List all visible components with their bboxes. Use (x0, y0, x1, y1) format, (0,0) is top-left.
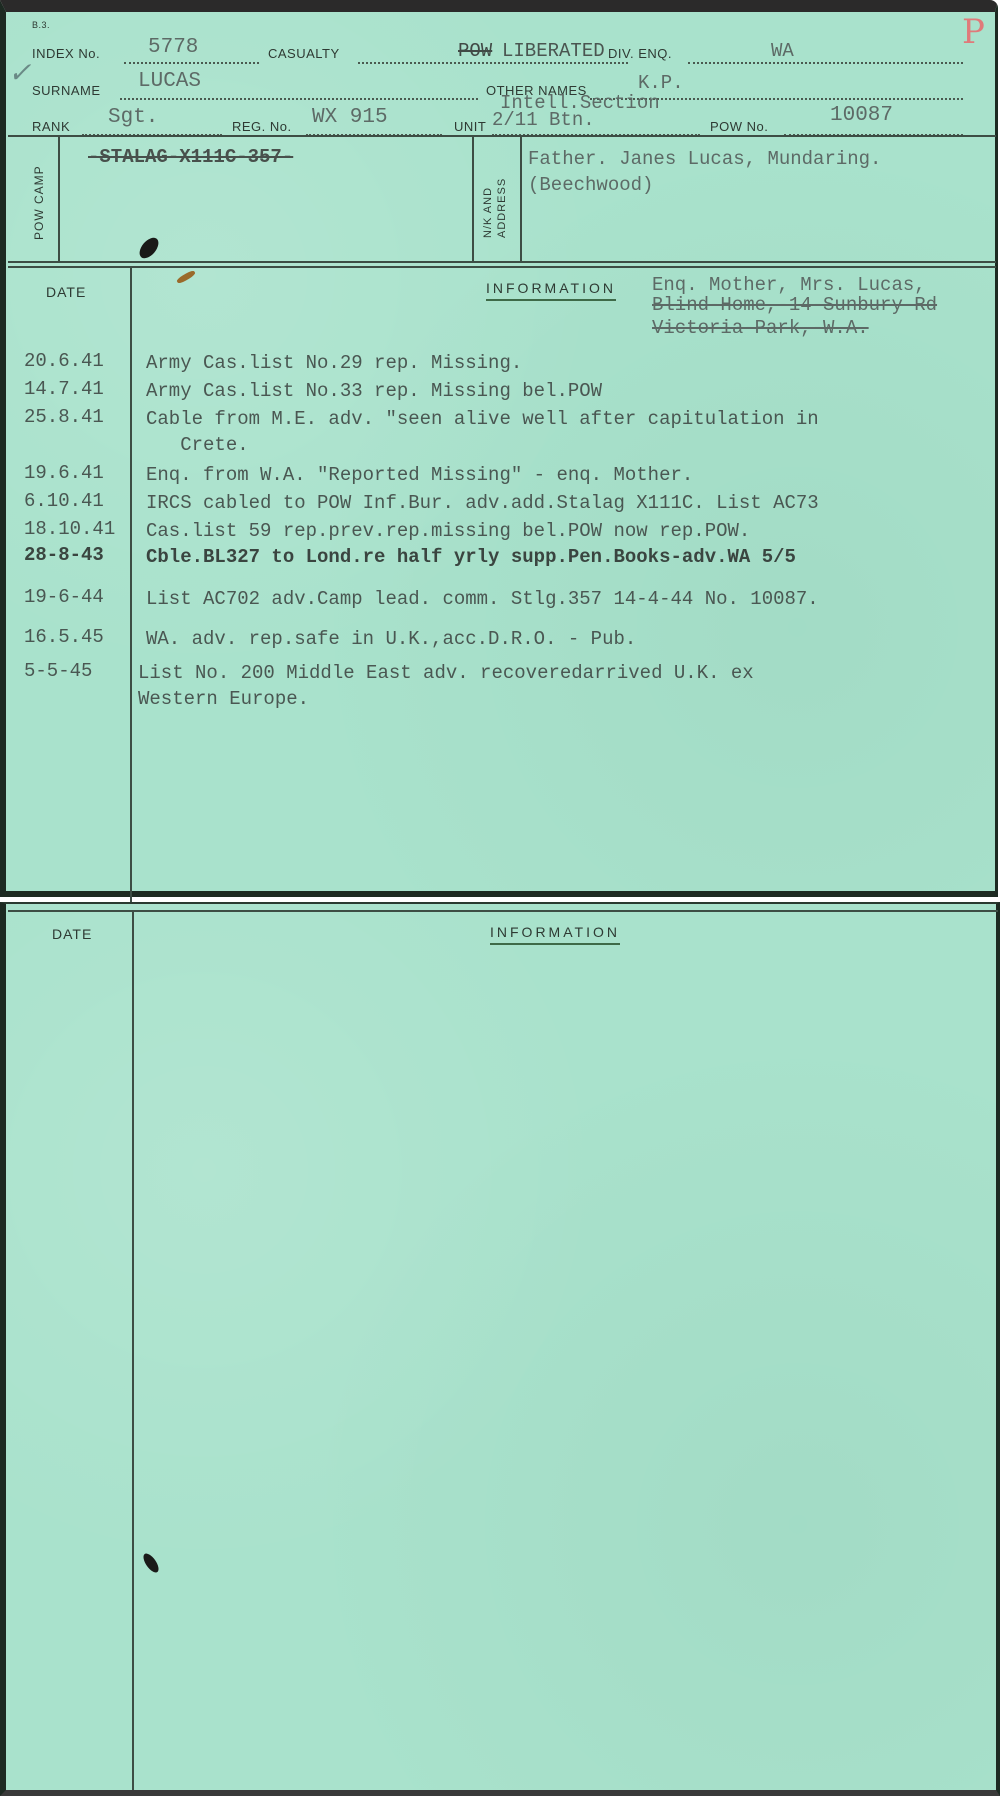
date-column-divider (130, 268, 132, 904)
red-p-mark: P (962, 12, 985, 52)
enquiry-line3-struck: Victoria-Park,-W.A. (652, 317, 869, 339)
back-ink-blot (141, 1551, 162, 1575)
pow-camp-struck-value: -STALAG-X111C-357- (88, 146, 293, 168)
entry-date: 18.10.41 (24, 518, 115, 540)
casualty-dots (358, 62, 628, 64)
entry-information: Cas.list 59 rep.prev.rep.missing bel.POW… (146, 518, 750, 544)
surname-dots (120, 98, 478, 100)
entry-information: Cable from M.E. adv. "seen alive well af… (146, 406, 819, 458)
divider-nk-label-left (472, 135, 474, 261)
nk-address-line1: Father. Janes Lucas, Mundaring. (528, 148, 881, 170)
enquiry-line1: Enq. Mother, Mrs. Lucas, (652, 274, 926, 296)
index-no-value: 5778 (148, 36, 198, 59)
entry-information: Cble.BL327 to Lond.re half yrly supp.Pen… (146, 544, 796, 570)
div-enq-dots (688, 62, 963, 64)
entry-date: 5-5-45 (24, 660, 92, 682)
casualty-value: LIBERATED (502, 40, 605, 62)
divider-nk-label-right (520, 135, 522, 261)
index-card-front: B.3. INDEX No. 5778 CASUALTY POW LIBERAT… (0, 0, 998, 897)
ink-blot (136, 234, 162, 261)
divider-top (8, 135, 996, 137)
back-top-rule (8, 910, 998, 912)
entry-date: 16.5.45 (24, 626, 104, 648)
other-names-value: K.P. (638, 72, 684, 94)
pow-camp-label: POW CAMP (32, 165, 46, 240)
casualty-struck-value: POW (458, 40, 492, 62)
rust-stain (176, 269, 196, 284)
entry-date: 20.6.41 (24, 350, 104, 372)
entry-information: List AC702 adv.Camp lead. comm. Stlg.357… (146, 586, 819, 612)
entry-information: List No. 200 Middle East adv. recovereda… (138, 660, 754, 712)
date-column-header: DATE (46, 284, 86, 300)
entry-information: IRCS cabled to POW Inf.Bur. adv.add.Stal… (146, 490, 819, 516)
back-date-column-header: DATE (52, 926, 92, 942)
entry-information: WA. adv. rep.safe in U.K.,acc.D.R.O. - P… (146, 626, 636, 652)
nk-address-line2: (Beechwood) (528, 174, 653, 196)
div-enq-label: DIV. ENQ. (608, 46, 672, 61)
pow-no-value: 10087 (830, 104, 893, 127)
index-no-label: INDEX No. (32, 46, 100, 61)
rank-value: Sgt. (108, 106, 158, 129)
address-label: ADDRESS (496, 178, 508, 238)
form-code: B.3. (32, 20, 50, 30)
enquiry-line2-struck: Blind-Home,-14-Sunbury-Rd (652, 294, 937, 316)
entry-date: 25.8.41 (24, 406, 104, 428)
div-enq-value: WA (771, 40, 794, 62)
index-no-dots (124, 62, 259, 64)
entry-date: 19-6-44 (24, 586, 104, 608)
index-card-back: DATE INFORMATION (0, 902, 1000, 1796)
double-rule-2 (8, 266, 996, 268)
surname-label: SURNAME (32, 83, 101, 98)
entry-information: Army Cas.list No.29 rep. Missing. (146, 350, 522, 376)
entry-date: 6.10.41 (24, 490, 104, 512)
entry-date: 14.7.41 (24, 378, 104, 400)
nk-and-label: N/K AND (482, 187, 494, 238)
entry-information: Enq. from W.A. "Reported Missing" - enq.… (146, 462, 693, 488)
reg-no-label: REG. No. (232, 119, 292, 134)
back-information-header: INFORMATION (490, 924, 620, 945)
entry-date: 19.6.41 (24, 462, 104, 484)
information-header: INFORMATION (486, 280, 616, 301)
check-mark-icon: ✓ (8, 56, 31, 89)
casualty-label: CASUALTY (268, 46, 340, 61)
entry-date: 28-8-43 (24, 544, 104, 566)
pow-no-label: POW No. (710, 119, 768, 134)
back-date-column-divider (132, 910, 134, 1790)
rank-label: RANK (32, 119, 70, 134)
divider-pow-camp-label (58, 135, 60, 261)
surname-value: LUCAS (138, 70, 201, 93)
entry-information: Army Cas.list No.33 rep. Missing bel.POW (146, 378, 602, 404)
double-rule-1 (8, 261, 996, 263)
unit-label: UNIT (454, 119, 486, 134)
reg-no-value: WX 915 (312, 106, 388, 129)
unit-value-line2: 2/11 Btn. (492, 109, 595, 131)
